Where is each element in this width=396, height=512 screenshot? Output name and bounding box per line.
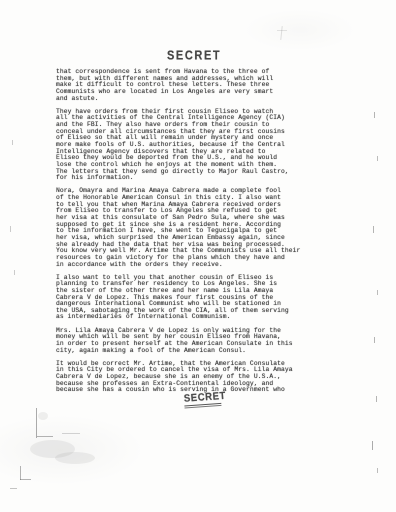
secret-stamp-top: SECRET (167, 49, 221, 63)
scan-artifact-pencil-mark (280, 26, 282, 40)
scan-artifact-line (10, 488, 17, 489)
paragraph-amaya-cabrera-visa: Nora, Omayra and Marina Amaya Cabrera ma… (56, 188, 310, 268)
paragraph-lila-residency: I also want to tell you that another cou… (56, 275, 310, 322)
scan-artifact-line (37, 436, 53, 437)
scan-artifact-line (20, 479, 31, 480)
secret-stamp-bottom: SECRET (184, 391, 227, 409)
document-text: that correspondence is sent from Havana … (56, 69, 310, 400)
scan-artifact-tick (14, 270, 15, 275)
scan-artifact-tick (376, 396, 377, 402)
paragraph-correspondence: that correspondence is sent from Havana … (56, 69, 310, 102)
scan-artifact-tick (373, 226, 374, 233)
scan-artifact-line (62, 433, 80, 434)
paragraph-orders-cia-fbi: They have orders from their first cousin… (56, 109, 310, 182)
scan-artifact-line (36, 408, 37, 438)
scan-artifact-tick (12, 140, 13, 145)
paragraph-lila-waiting-money: Mrs. Lila Amaya Cabrera V de Lopez is on… (56, 328, 310, 355)
scan-artifact-pencil-mark (277, 30, 287, 31)
scan-artifact-tick (372, 441, 373, 450)
scan-artifact-tick (377, 290, 378, 295)
scan-artifact-smudge (38, 412, 48, 420)
scan-artifact-tick (377, 468, 378, 473)
scan-artifact-tick (377, 156, 378, 161)
scan-artifact-line (20, 466, 21, 480)
scanned-document-page: SECRET that correspondence is sent from … (0, 0, 396, 512)
scan-artifact-tick (10, 226, 11, 232)
scan-artifact-tick (374, 337, 375, 343)
paragraph-cancel-visa: It would be correct Mr. Artime, that the… (56, 361, 310, 394)
scan-artifact-tick (374, 112, 375, 118)
scan-artifact-smudge (55, 452, 95, 464)
